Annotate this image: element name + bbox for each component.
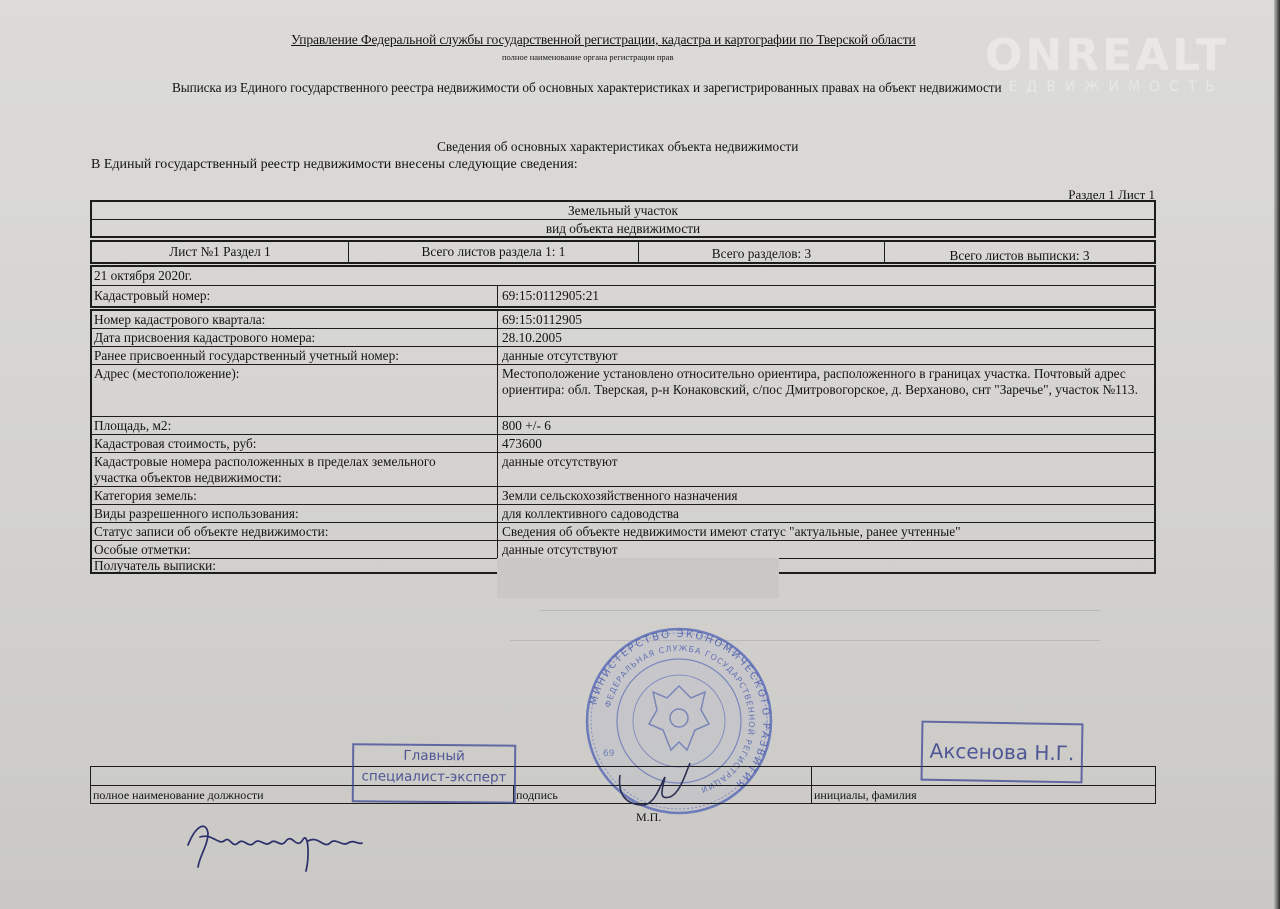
field-label: Статус записи об объекте недвижимости: <box>94 524 328 540</box>
position-stamp-line2: специалист-эксперт <box>354 766 514 788</box>
document-title: Выписка из Единого государственного реес… <box>172 80 1002 96</box>
section-sheets-total: Всего листов раздела 1: 1 <box>349 242 639 262</box>
extract-sheets-total: Всего листов выписки: 3 <box>885 242 1154 262</box>
seal-place-caption: М.П. <box>636 810 661 825</box>
field-value: данные отсутствуют <box>502 454 1150 470</box>
sections-total: Всего разделов: 3 <box>639 242 885 262</box>
column-divider <box>497 541 498 558</box>
signature-caption: подпись <box>516 788 558 803</box>
field-label: Виды разрешенного использования: <box>94 506 299 522</box>
position-stamp: Главный специалист-эксперт <box>352 743 517 803</box>
organization-name: Управление Федеральной службы государств… <box>291 32 916 48</box>
cadastral-number-value: 69:15:0112905:21 <box>502 288 1150 304</box>
field-label: Кадастровые номера расположенных в преде… <box>94 454 436 485</box>
name-caption: инициалы, фамилия <box>814 788 917 803</box>
column-divider <box>497 365 498 416</box>
section-title: Сведения об основных характеристиках объ… <box>437 139 798 155</box>
column-divider <box>497 417 498 434</box>
sheet-info-box: Лист №1 Раздел 1 Всего листов раздела 1:… <box>90 240 1156 264</box>
watermark-brand: ONREALT <box>985 33 1229 79</box>
intro-text: В Единый государственный реестр недвижим… <box>91 157 578 173</box>
field-row: Категория земель: Земли сельскохозяйстве… <box>92 487 1154 505</box>
column-divider <box>497 286 498 308</box>
field-value: 800 +/- 6 <box>502 418 1150 434</box>
column-divider <box>497 311 498 328</box>
cadastral-number-row: Кадастровый номер: 69:15:0112905:21 <box>92 286 1154 308</box>
object-type-caption-text: вид объекта недвижимости <box>546 221 700 236</box>
watermark: ONREALT НЕДВИЖИМОСТЬ <box>985 33 1229 95</box>
column-divider <box>497 453 498 486</box>
field-row: Дата присвоения кадастрового номера: 28.… <box>92 329 1154 347</box>
field-label: Особые отметки: <box>94 542 191 558</box>
object-type-caption: вид объекта недвижимости <box>92 220 1154 238</box>
field-value: Сведения об объекте недвижимости имеют с… <box>502 524 1150 540</box>
redacted-recipient <box>497 558 779 598</box>
field-row: Площадь, м2: 800 +/- 6 <box>92 417 1154 435</box>
field-value: 28.10.2005 <box>502 330 1150 346</box>
position-caption: полное наименование должности <box>93 788 264 803</box>
field-label: Кадастровая стоимость, руб: <box>94 436 256 452</box>
field-row: Номер кадастрового квартала: 69:15:01129… <box>92 311 1154 329</box>
field-value: Земли сельскохозяйственного назначения <box>502 488 1150 504</box>
field-value: 473600 <box>502 436 1150 452</box>
column-divider <box>811 767 812 803</box>
field-value: данные отсутствуют <box>502 542 1150 558</box>
show-through-line <box>540 610 1100 611</box>
column-divider <box>497 435 498 452</box>
field-value: для коллективного садоводства <box>502 506 1150 522</box>
column-divider <box>497 505 498 522</box>
field-row: Ранее присвоенный государственный учетны… <box>92 347 1154 365</box>
field-row: Виды разрешенного использования: для кол… <box>92 505 1154 523</box>
field-row: Кадастровая стоимость, руб: 473600 <box>92 435 1154 453</box>
cadastral-number-label: Кадастровый номер: <box>94 288 210 304</box>
position-stamp-line1: Главный <box>354 745 514 767</box>
object-type-value: Земельный участок <box>568 203 678 218</box>
object-type-box: Земельный участок вид объекта недвижимос… <box>90 200 1156 238</box>
column-divider <box>497 523 498 540</box>
handwritten-note-icon <box>178 815 368 877</box>
field-row: Кадастровые номера расположенных в преде… <box>92 453 1154 487</box>
field-value: Местоположение установлено относительно … <box>502 366 1150 398</box>
field-label: Дата присвоения кадастрового номера: <box>94 330 315 346</box>
field-label: Категория земель: <box>94 488 197 504</box>
field-label: Адрес (местоположение): <box>94 366 239 382</box>
field-value: 69:15:0112905 <box>502 312 1150 328</box>
extract-date: 21 октября 2020г. <box>94 268 192 284</box>
field-label: Площадь, м2: <box>94 418 171 434</box>
field-row: Адрес (местоположение): Местоположение у… <box>92 365 1154 417</box>
sheet-number: Лист №1 Раздел 1 <box>92 242 349 262</box>
field-label: Номер кадастрового квартала: <box>94 312 265 328</box>
column-divider <box>497 347 498 364</box>
field-label: Ранее присвоенный государственный учетны… <box>94 348 399 364</box>
field-label: Получатель выписки: <box>94 558 216 574</box>
fields-table: Номер кадастрового квартала: 69:15:01129… <box>90 309 1156 574</box>
column-divider <box>497 329 498 346</box>
date-cadastral-box: 21 октября 2020г. Кадастровый номер: 69:… <box>90 265 1156 308</box>
organization-caption: полное наименование органа регистрации п… <box>502 52 673 62</box>
watermark-tagline: НЕДВИЖИМОСТЬ <box>989 79 1229 95</box>
official-signature-icon <box>610 755 700 815</box>
object-type: Земельный участок <box>92 202 1154 220</box>
field-row: Особые отметки: данные отсутствуют <box>92 541 1154 559</box>
field-row: Статус записи об объекте недвижимости: С… <box>92 523 1154 541</box>
name-stamp: Аксенова Н.Г. <box>920 721 1083 784</box>
date-row: 21 октября 2020г. <box>92 267 1154 286</box>
column-divider <box>497 487 498 504</box>
page-edge-shadow <box>1274 0 1280 909</box>
field-value: данные отсутствуют <box>502 348 1150 364</box>
